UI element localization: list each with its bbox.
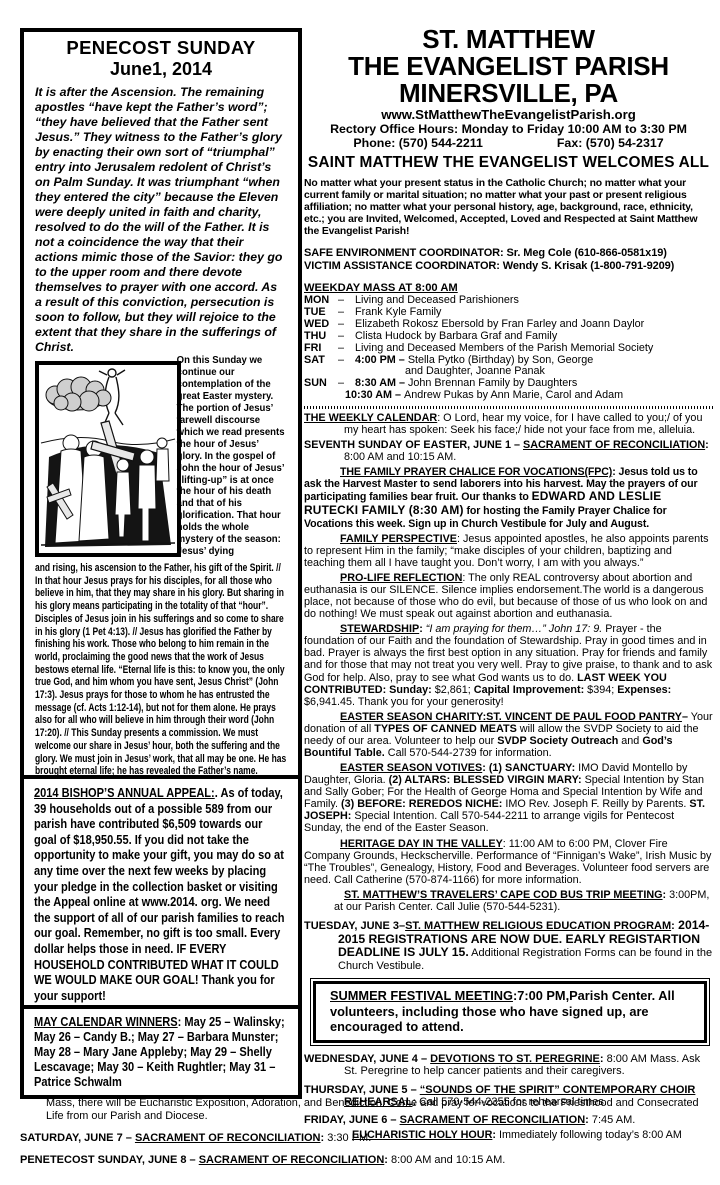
may-calendar-winners-box: MAY CALENDAR WINNERS: May 25 – Walinsky;… [20,1005,302,1099]
weekly-calendar: THE WEEKLY CALENDAR: O Lord, hear my voi… [304,412,713,436]
mass-row-sun-1030: 10:30 AM – Andrew Pukas by Ann Marie, Ca… [304,390,713,402]
bishops-appeal-box: 2014 BISHOP’S ANNUAL APPEAL:. As of toda… [20,775,302,1014]
bulletin-page: PENECOST SUNDAY June1, 2014 It is after … [0,0,720,1185]
weekday-mass-schedule: WEEKDAY MASS AT 8:00 AM MON–Living and D… [304,282,713,402]
holy-hour-continuation: Mass, there will be Eucharistic Expositi… [20,1097,710,1123]
tuesday-religious-education: TUESDAY, JUNE 3–ST. MATTHEW RELIGIOUS ED… [304,919,713,972]
phone-number: Phone: (570) 544-2211 [353,137,482,151]
wednesday-devotions: WEDNESDAY, JUNE 4 – DEVOTIONS TO ST. PER… [304,1053,713,1078]
family-perspective: FAMILY PERSPECTIVE: Jesus appointed apos… [304,533,713,569]
parish-name-line2: THE EVANGELIST PARISH [304,53,713,80]
easter-season-votives: EASTER SEASON VOTIVES: (1) SANCTUARY: IM… [304,762,713,834]
summer-festival-meeting-text: SUMMER FESTIVAL MEETING:7:00 PM,Parish C… [324,988,696,1035]
right-column: ST. MATTHEW THE EVANGELIST PARISH MINERS… [304,26,713,1141]
welcome-statement: No matter what your present status in th… [304,178,713,238]
family-prayer-chalice: THE FAMILY PRAYER CHALICE FOR VOCATIONS(… [304,466,713,529]
meditation-continuation: and rising, his ascension to the Father,… [35,560,287,803]
penetecost-sunday-reconciliation: PENETECOST SUNDAY, JUNE 8 – SACRAMENT OF… [20,1154,710,1167]
dotted-separator [304,406,713,409]
summer-festival-meeting-box: SUMMER FESTIVAL MEETING:7:00 PM,Parish C… [313,981,707,1043]
left-box-date: June1, 2014 [35,59,287,80]
may-calendar-winners-text: MAY CALENDAR WINNERS: May 25 – Walinsky;… [34,1014,288,1089]
cape-cod-bus-trip: ST. MATTHEW’S TRAVELERS’ CAPE COD BUS TR… [304,889,713,913]
stewardship: STEWARDSHIP: “I am praying for them…” Jo… [304,623,713,708]
left-box-title: PENECOST SUNDAY [35,37,287,59]
fax-number: Fax: (570) 54-2317 [557,137,664,151]
office-hours: Rectory Office Hours: Monday to Friday 1… [304,123,713,137]
easter-season-charity: EASTER SEASON CHARITY:ST. VINCENT DE PAU… [304,711,713,759]
parish-website: www.StMatthewTheEvangelistParish.org [304,108,713,123]
parish-name-line3: MINERSVILLE, PA [304,80,713,107]
welcome-heading: SAINT MATTHEW THE EVANGELIST WELCOMES AL… [304,154,713,171]
coordinators: SAFE ENVIRONMENT COORDINATOR: Sr. Meg Co… [304,247,713,273]
seventh-sunday-of-easter: SEVENTH SUNDAY OF EASTER, JUNE 1 – SACRA… [304,439,713,463]
heritage-day: HERITAGE DAY IN THE VALLEY: 11:00 AM to … [304,838,713,886]
pentecost-reflection-box: PENECOST SUNDAY June1, 2014 It is after … [20,28,302,813]
meditation-text: It is after the Ascension. The remaining… [35,85,287,355]
safe-environment-coordinator: SAFE ENVIRONMENT COORDINATOR: Sr. Meg Co… [304,247,713,260]
parish-name-line1: ST. MATTHEW [304,26,713,53]
page-footer: Mass, there will be Eucharistic Expositi… [20,1097,710,1167]
mass-schedule-heading: WEEKDAY MASS AT 8:00 AM [304,282,713,295]
phone-fax-row: Phone: (570) 544-2211 Fax: (570) 54-2317 [304,137,713,151]
victim-assistance-coordinator: VICTIM ASSISTANCE COORDINATOR: Wendy S. … [304,260,713,273]
saturday-reconciliation: SATURDAY, JUNE 7 – SACRAMENT OF RECONCIL… [20,1132,710,1145]
bishops-appeal-text: 2014 BISHOP’S ANNUAL APPEAL:. As of toda… [34,785,288,1003]
illustration-side-text: On this Sunday we continue our contempla… [35,355,285,558]
pro-life-reflection: PRO-LIFE REFLECTION: The only REAL contr… [304,572,713,620]
